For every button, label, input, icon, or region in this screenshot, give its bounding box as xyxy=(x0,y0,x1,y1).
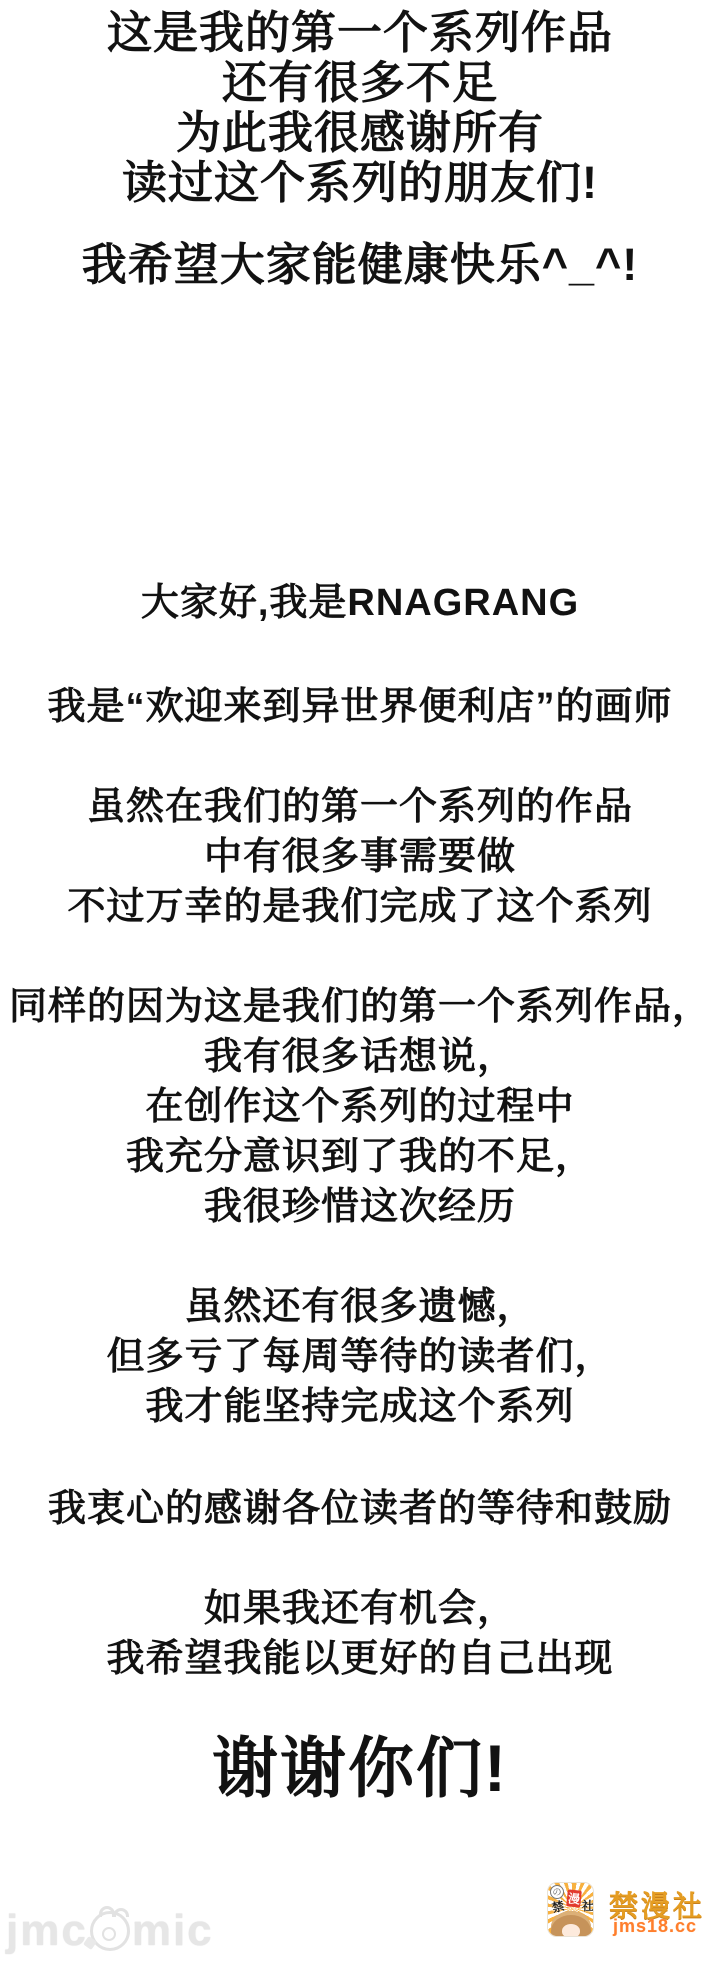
icon-she-glyph: 社 xyxy=(582,1897,594,1914)
jinmanshe-watermark: の 禁 漫 社 禁漫社 jms18.cc xyxy=(547,1882,720,1940)
artist-line: 我是“欢迎来到异世界便利店”的画师 xyxy=(0,682,720,732)
icon-man-glyph: 漫 xyxy=(566,1889,582,1907)
jmcomic-text-right: mic xyxy=(132,1906,214,1956)
reflection-line-5: 我很珍惜这次经历 xyxy=(0,1182,720,1232)
wish-line: 我希望大家能健康快乐^_^! xyxy=(0,240,720,290)
thanks-line: 我衷心的感谢各位读者的等待和鼓励 xyxy=(0,1484,720,1534)
reflection-line-2: 我有很多话想说， xyxy=(0,1032,720,1082)
series-line-1: 虽然在我们的第一个系列的作品 xyxy=(0,782,720,832)
regret-line-2: 但多亏了每周等待的读者们， xyxy=(0,1332,720,1382)
jmcomic-mascot-icon xyxy=(90,1911,130,1951)
reflection-line-1: 同样的因为这是我们的第一个系列作品， xyxy=(0,982,720,1032)
series-line-2: 中有很多事需要做 xyxy=(0,832,720,882)
afterword-page: 这是我的第一个系列作品 还有很多不足 为此我很感谢所有 读过这个系列的朋友们! … xyxy=(0,0,720,1962)
intro-line-2: 还有很多不足 xyxy=(0,58,720,108)
regret-line-1: 虽然还有很多遗憾， xyxy=(0,1282,720,1332)
jinmanshe-app-icon: の 禁 漫 社 xyxy=(547,1882,594,1937)
reflection-line-3: 在创作这个系列的过程中 xyxy=(0,1082,720,1132)
future-line-2: 我希望我能以更好的自己出现 xyxy=(0,1634,720,1684)
anime-girl-face xyxy=(562,1924,580,1937)
greeting-line: 大家好,我是RNAGRANG xyxy=(0,578,720,628)
regret-line-3: 我才能坚持完成这个系列 xyxy=(0,1382,720,1432)
future-line-1: 如果我还有机会， xyxy=(0,1584,720,1634)
jmcomic-watermark: jmc mic xyxy=(6,1906,214,1956)
site-url-text: jms18.cc xyxy=(613,1916,697,1937)
reflection-line-4: 我充分意识到了我的不足， xyxy=(0,1132,720,1182)
jmcomic-text-left: jmc xyxy=(6,1906,88,1956)
intro-line-3: 为此我很感谢所有 xyxy=(0,108,720,158)
intro-line-1: 这是我的第一个系列作品 xyxy=(0,8,720,58)
series-line-3: 不过万幸的是我们完成了这个系列 xyxy=(0,882,720,932)
final-thanks-line: 谢谢你们! xyxy=(0,1728,720,1808)
intro-line-4: 读过这个系列的朋友们! xyxy=(0,158,720,208)
